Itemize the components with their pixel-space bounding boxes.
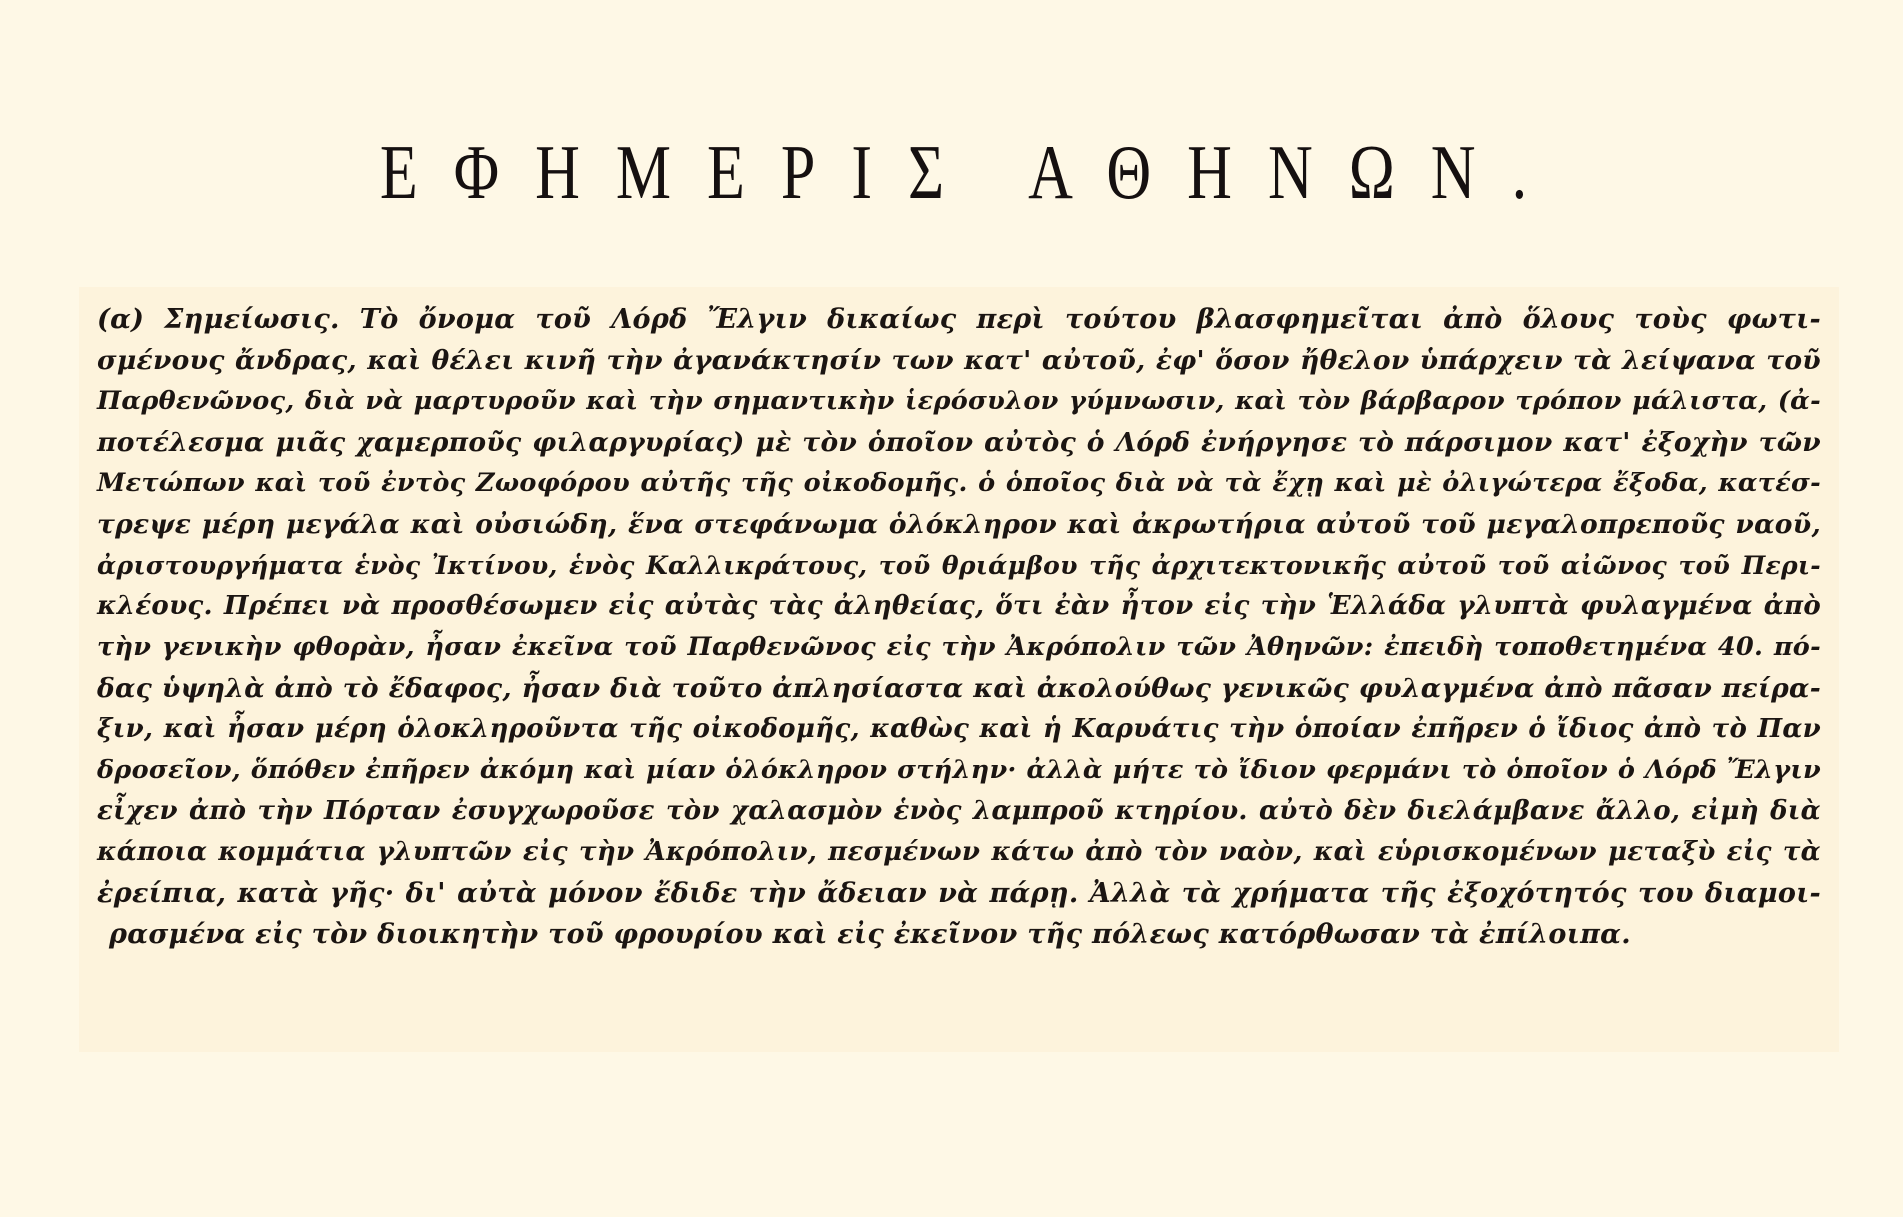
text-line-1: (α) Σημείωσις. Τὸ ὄνομα τοῦ Λόρδ Ἔλγιν δ… <box>97 299 1821 340</box>
text-line-13: εἶχεν ἀπὸ τὴν Πόρταν ἐσυγχωροῦσε τὸν χαλ… <box>97 791 1821 832</box>
text-line-10: δας ὑψηλὰ ἀπὸ τὸ ἔδαφος, ἦσαν διὰ τοῦτο … <box>97 668 1821 709</box>
text-line-14: κάποια κομμάτια γλυπτῶν εἰς τὴν Ἀκρόπολι… <box>97 832 1821 873</box>
text-line-11: ξιν, καὶ ἦσαν μέρη ὁλοκληροῦντα τῆς οἰκο… <box>97 709 1821 750</box>
text-line-2: σμένους ἄνδρας, καὶ θέλει κινῆ τὴν ἀγανά… <box>97 340 1821 381</box>
text-line-5: Μετώπων καὶ τοῦ ἐντὸς Ζωοφόρου αὐτῆς τῆς… <box>97 463 1821 504</box>
text-line-12: δροσεῖον, ὅπόθεν ἐπῆρεν ἀκόμη καὶ μίαν ὁ… <box>97 750 1821 791</box>
text-line-9: τὴν γενικὴν φθορὰν, ἦσαν ἐκεῖνα τοῦ Παρθ… <box>97 627 1821 668</box>
text-line-4: ποτέλεσμα μιᾶς χαμερποῦς φιλαργυρίας) μὲ… <box>97 422 1821 463</box>
text-line-3: Παρθενῶνος, διὰ νὰ μαρτυροῦν καὶ τὴν σημ… <box>97 381 1821 422</box>
text-line-6: τρεψε μέρη μεγάλα καὶ οὐσιώδη, ἕνα στεφά… <box>97 504 1821 545</box>
text-line-8: κλέους. Πρέπει νὰ προσθέσωμεν εἰς αὐτὰς … <box>97 586 1821 627</box>
article-footnote-block: (α) Σημείωσις. Τὸ ὄνομα τοῦ Λόρδ Ἔλγιν δ… <box>79 287 1839 1052</box>
text-line-15: ἐρείπια, κατὰ γῆς· δι' αὐτὰ μόνον ἔδιδε … <box>97 873 1821 914</box>
newspaper-masthead: ΕΦΗΜΕΡΙΣ ΑΘΗΝΩΝ. <box>0 129 1903 218</box>
text-line-16: ρασμένα εἰς τὸν διοικητὴν τοῦ φρουρίου κ… <box>97 914 1821 955</box>
text-line-7: ἀριστουργήματα ἑνὸς Ἰκτίνου, ἑνὸς Καλλικ… <box>97 545 1821 586</box>
